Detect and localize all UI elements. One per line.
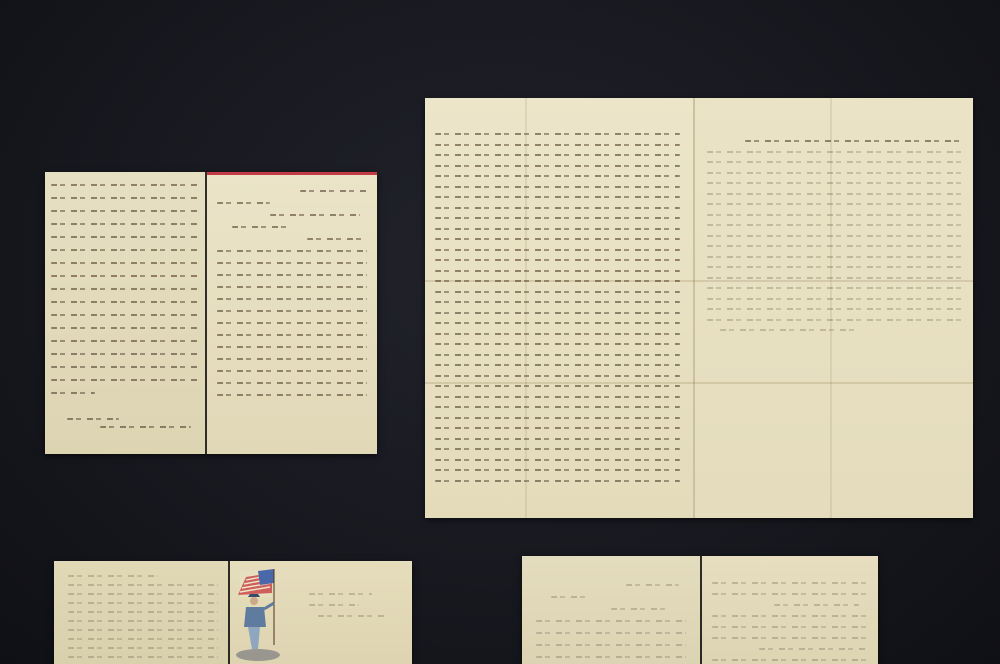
handwriting-left [68, 575, 218, 664]
letter-top-right: Large two-page handwritten letter [425, 98, 973, 518]
handwriting-right [712, 582, 867, 664]
signature-area [67, 418, 197, 434]
letter-bottom-right: Faded two-page handwritten letter [522, 556, 878, 664]
center-fold [228, 561, 230, 664]
letter-top-left: Folded two-page letter with red-edged to… [45, 172, 377, 454]
center-fold [693, 98, 695, 518]
address-lines [309, 593, 399, 626]
handwriting-right [707, 140, 962, 340]
handwriting-left [435, 133, 680, 490]
letter-bottom-left: Patriotic illustrated letter with soldie… [54, 561, 412, 664]
handwriting-right [217, 190, 367, 406]
handwriting-left [536, 584, 686, 664]
handwriting-left [51, 184, 199, 405]
center-fold [205, 172, 207, 454]
soldier-with-flag-illustration [232, 565, 288, 664]
red-page-edge [207, 172, 377, 175]
center-fold [700, 556, 702, 664]
soldier-figure [244, 594, 274, 649]
